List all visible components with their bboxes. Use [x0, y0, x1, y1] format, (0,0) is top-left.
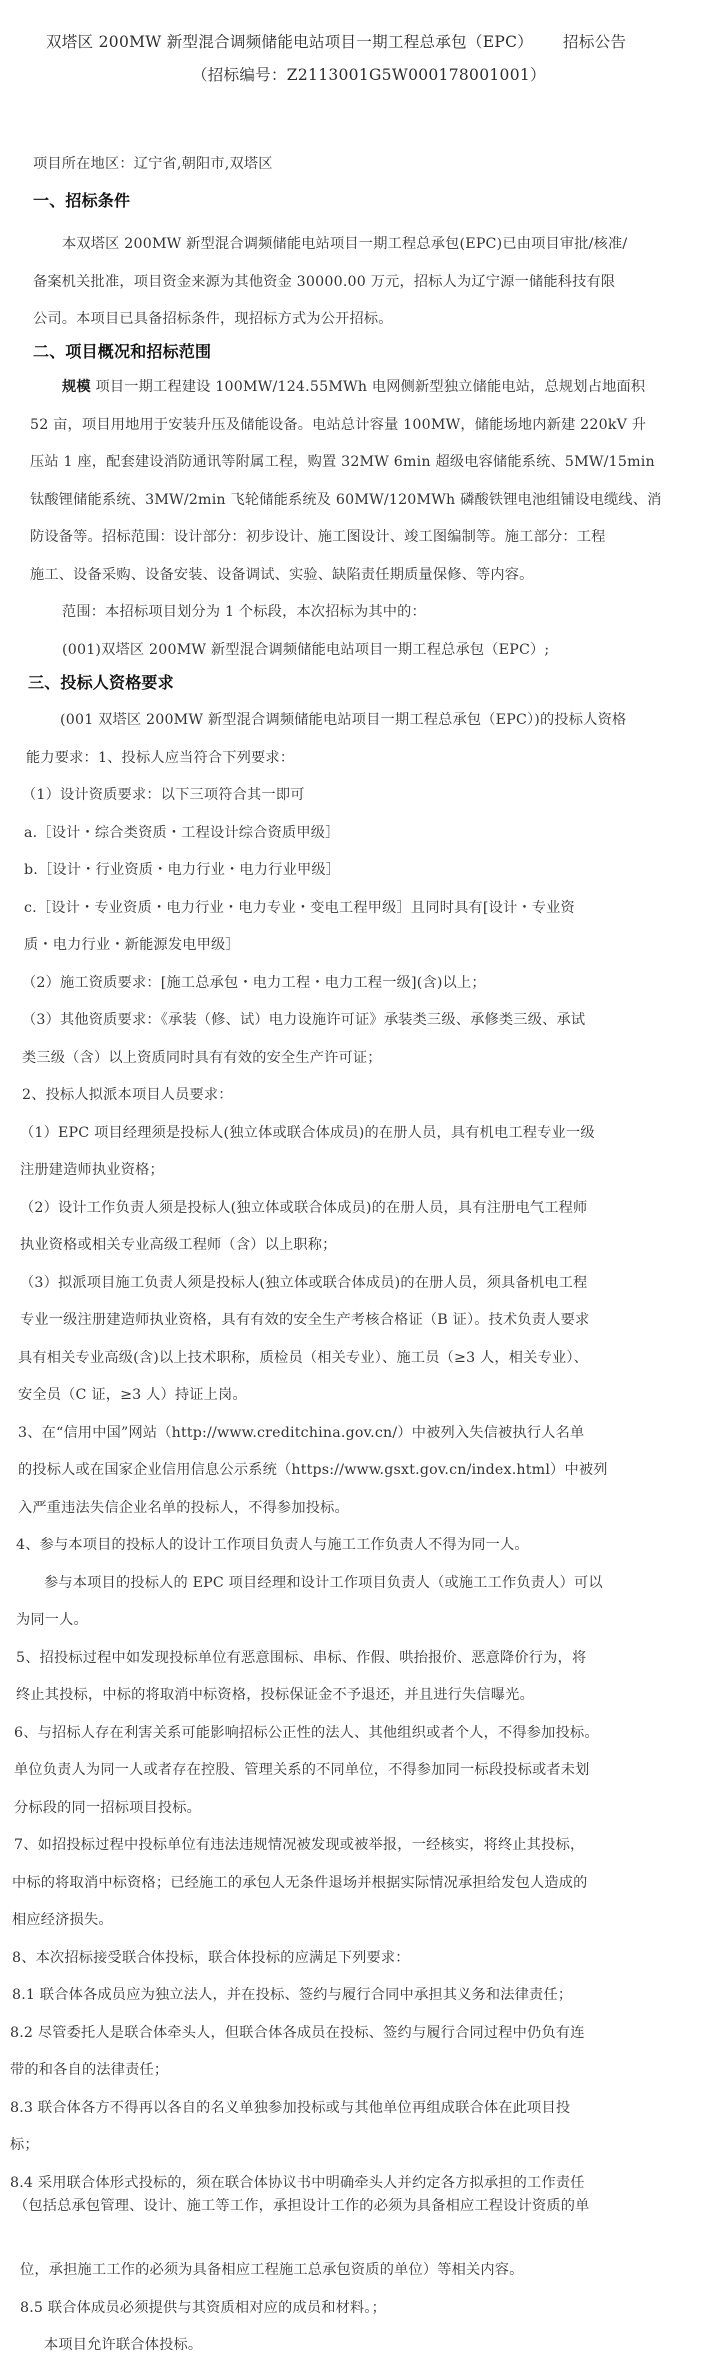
section-3-line: （3）拟派项目施工负责人须是投标人(独立体或联合体成员)的在册人员，须具备机电工…: [20, 1273, 587, 1293]
section-2-line: 钛酸锂储能系统、3MW/2min 飞轮储能系统及 60MW/120MWh 磷酸铁…: [30, 490, 662, 510]
section-3-line: 6、与招标人存在利害关系可能影响招标公正性的法人、其他组织或者个人，不得参加投标…: [14, 1723, 599, 1743]
section-3-line: 单位负责人为同一人或者存在控股、管理关系的不同单位，不得参加同一标段投标或者未划: [14, 1760, 590, 1780]
section-3-line: 8.3 联合体各方不得再以各自的名义单独参加投标或与其他单位再组成联合体在此项目…: [10, 2098, 570, 2118]
title-notice-type: 招标公告: [563, 33, 626, 51]
section-3-line: 标；: [10, 2135, 39, 2155]
document-title: 双塔区 200MW 新型混合调频储能电站项目一期工程总承包（EPC）招标公告: [46, 32, 626, 52]
section-3-line: 分标段的同一招标项目投标。: [14, 1798, 201, 1818]
section-3-line: 8、本次招标接受联合体投标，联合体投标的应满足下列要求：: [12, 1948, 410, 1968]
section-3-line: 能力要求：1、投标人应当符合下列要求：: [26, 748, 294, 768]
section-2-line: (001)双塔区 200MW 新型混合调频储能电站项目一期工程总承包（EPC）;: [62, 640, 549, 660]
section-1-line: 本双塔区 200MW 新型混合调频储能电站项目一期工程总承包(EPC)已由项目审…: [62, 234, 627, 254]
section-3-line: 质・电力行业・新能源发电甲级］: [24, 935, 240, 955]
section-3-line: 相应经济损失。: [12, 1910, 113, 1930]
section-3-line: 中标的将取消中标资格；已经施工的承包人无条件退场并根据实际情况承担给发包人造成的: [12, 1873, 588, 1893]
section-3-line: （2）设计工作负责人须是投标人(独立体或联合体成员)的在册人员，具有注册电气工程…: [20, 1198, 587, 1218]
section-3-line: 本项目允许联合体投标。: [44, 2335, 202, 2355]
scale-label: 规模: [62, 379, 91, 395]
section-2-line: 压站 1 座，配套建设消防通讯等附属工程，购置 32MW 6min 超级电容储能…: [30, 452, 655, 472]
section-2-line: 规模 项目一期工程建设 100MW/124.55MWh 电网侧新型独立储能电站，…: [62, 377, 645, 397]
section-3-line: 带的和各自的法律责任；: [10, 2060, 168, 2080]
section-1-heading: 一、招标条件: [33, 191, 130, 211]
section-3-line: 位，承担施工工作的必须为具备相应工程施工总承包资质的单位）等相关内容。: [20, 2260, 524, 2280]
section-3-line: b.［设计・行业资质・电力行业・电力行业甲级］: [24, 860, 340, 880]
section-2-line: 范围：本招标项目划分为 1 个标段，本次招标为其中的：: [62, 602, 426, 622]
section-3-line: 专业一级注册建造师执业资格，具有有效的安全生产考核合格证（B 证）。技术负责人要…: [20, 1310, 589, 1330]
section-3-line: 执业资格或相关专业高级工程师（含）以上职称；: [20, 1235, 337, 1255]
section-3-line: 8.2 尽管委托人是联合体牵头人，但联合体各成员在投标、签约与履行合同过程中仍负…: [10, 2023, 585, 2043]
section-3-line: 终止其投标，中标的将取消中标资格，投标保证金不予退还，并且进行失信曝光。: [16, 1685, 534, 1705]
section-3-line: 2、投标人拟派本项目人员要求：: [22, 1085, 233, 1105]
section-1-line: 公司。本项目已具备招标条件，现招标方式为公开招标。: [33, 309, 393, 329]
section-3-line: 7、如招投标过程中投标单位有违法违规情况被发现或被举报，一经核实，将终止其投标，: [14, 1835, 584, 1855]
section-2-line: 52 亩，项目用地用于安装升压及储能设备。电站总计容量 100MW，储能场地内新…: [30, 415, 646, 435]
section-2-heading: 二、项目概况和招标范围: [33, 342, 211, 362]
section-3-line: 8.1 联合体各成员应为独立法人，并在投标、签约与履行合同中承担其义务和法律责任…: [12, 1985, 572, 2005]
section-3-line: a.［设计・综合类资质・工程设计综合资质甲级］: [24, 823, 340, 843]
section-3-line: （2）施工资质要求：[施工总承包・电力工程・电力工程一级](含)以上；: [22, 973, 486, 993]
section-3-line: (001 双塔区 200MW 新型混合调频储能电站项目一期工程总承包（EPC）)…: [60, 710, 626, 730]
section-3-line: 3、在“信用中国”网站（http://www.creditchina.gov.c…: [18, 1423, 584, 1443]
section-3-line: 8.5 联合体成员必须提供与其资质相对应的成员和材料。；: [20, 2298, 386, 2318]
section-3-line: 5、招投标过程中如发现投标单位有恶意围标、串标、作假、哄抬报价、恶意降价行为，将: [16, 1648, 586, 1668]
project-region: 项目所在地区：辽宁省,朝阳市,双塔区: [33, 154, 273, 174]
section-3-line: 类三级（含）以上资质同时具有有效的安全生产许可证；: [22, 1048, 382, 1068]
section-2-line: 施工、设备采购、设备安装、设备调试、实验、缺陷责任期质量保修、等内容。: [30, 565, 534, 585]
section-3-line: 入严重违法失信企业名单的投标人，不得参加投标。: [18, 1498, 349, 1518]
section-3-line: （3）其他资质要求：《承装（修、试）电力设施许可证》承装类三级、承修类三级、承试: [22, 1010, 585, 1030]
title-project-name: 双塔区 200MW 新型混合调频储能电站项目一期工程总承包（EPC）: [46, 33, 533, 51]
section-3-heading: 三、投标人资格要求: [28, 673, 174, 693]
section-3-line: （1）设计资质要求：以下三项符合其一即可: [22, 785, 305, 805]
section-3-line: 为同一人。: [16, 1610, 88, 1630]
tender-code: （招标编号：Z2113001G5W000178001001）: [192, 65, 546, 85]
section-1-line: 备案机关批准，项目资金来源为其他资金 30000.00 万元，招标人为辽宁源一储…: [33, 272, 615, 292]
section-3-line: 4、参与本项目的投标人的设计工作项目负责人与施工工作负责人不得为同一人。: [16, 1535, 529, 1555]
section-3-line: 具有相关专业高级(含)以上技术职称，质检员（相关专业）、施工员（≥3 人，相关专…: [18, 1348, 588, 1368]
section-3-line: （1）EPC 项目经理须是投标人(独立体或联合体成员)的在册人员，具有机电工程专…: [20, 1123, 595, 1143]
section-3-line: 8.4 采用联合体形式投标的，须在联合体协议书中明确牵头人并约定各方拟承担的工作…: [10, 2173, 585, 2193]
section-3-line: 参与本项目的投标人的 EPC 项目经理和设计工作项目负责人（或施工工作负责人）可…: [44, 1573, 603, 1593]
section-3-line: 安全员（C 证，≥3 人）持证上岗。: [18, 1385, 247, 1405]
tender-notice-document: 双塔区 200MW 新型混合调频储能电站项目一期工程总承包（EPC）招标公告 （…: [0, 0, 713, 2368]
section-3-line: 的投标人或在国家企业信用信息公示系统（https://www.gsxt.gov.…: [18, 1460, 608, 1480]
section-3-line: c.［设计・专业资质・电力行业・电力专业・变电工程甲级］且同时具有[设计・专业资: [24, 898, 575, 918]
section-3-line: （包括总承包管理、设计、施工等工作，承担设计工作的必须为具备相应工程设计资质的单: [14, 2196, 590, 2216]
section-2-line: 防设备等。招标范围：设计部分：初步设计、施工图设计、竣工图编制等。施工部分：工程: [30, 527, 606, 547]
section-3-line: 注册建造师执业资格；: [20, 1160, 164, 1180]
